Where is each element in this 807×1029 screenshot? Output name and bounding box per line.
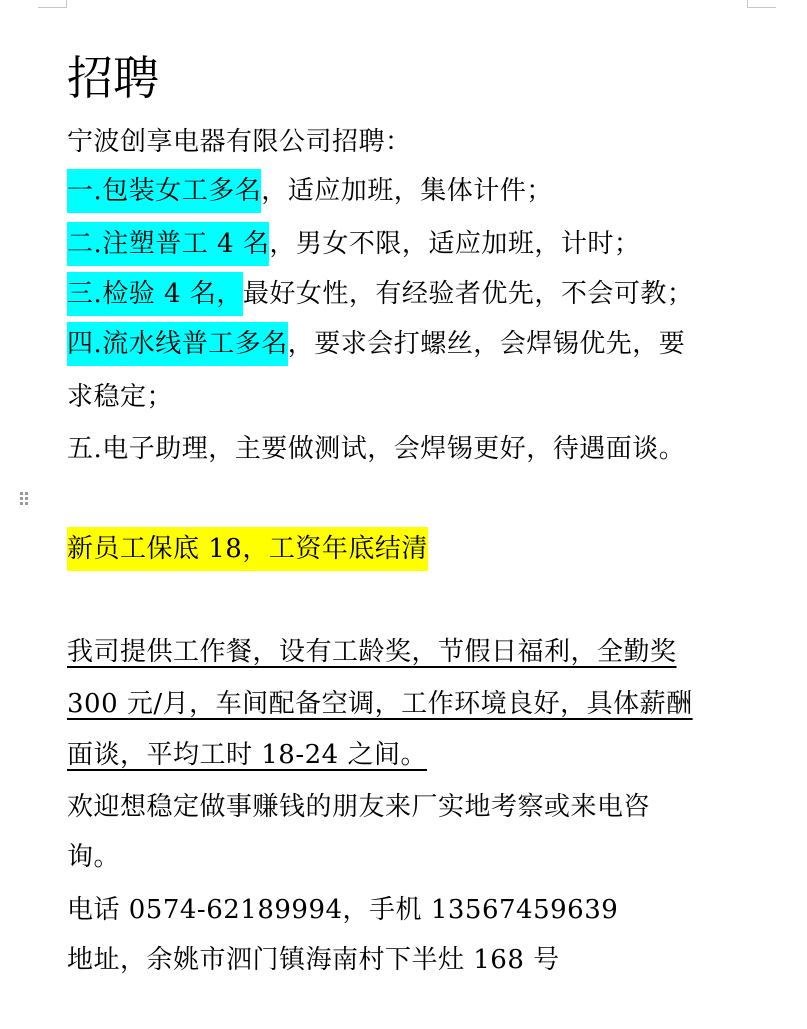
phone-line: 电话 0574-62189994，手机 13567459639 [67,888,618,932]
document-title: 招聘 [67,50,159,106]
position-2-details: ，男女不限，适应加班，计时； [269,229,640,259]
paragraph-drag-handle-icon[interactable] [20,492,28,506]
highlighted-position-1: 一.包装女工多名 [67,169,261,213]
position-line-5: 五.电子助理，主要做测试，会焊锡更好，待遇面谈。 [67,427,685,471]
address-line: 地址，余姚市泗门镇海南村下半灶 168 号 [67,938,560,982]
welcome-line-1: 欢迎想稳定做事赚钱的朋友来厂实地考察或来电咨 [67,785,650,829]
intro-line: 宁波创享电器有限公司招聘： [67,120,412,164]
position-line-3: 三.检验 4 名，最好女性，有经验者优先，不会可教； [67,272,693,316]
benefits-line-2: 300 元/月，车间配备空调，工作环境良好，具体薪酬 [67,682,693,726]
position-line-4: 四.流水线普工多名，要求会打螺丝，会焊锡优先，要 [67,322,685,366]
highlighted-position-4: 四.流水线普工多名 [67,322,288,366]
page-crop-mark-top-right [747,0,776,8]
highlighted-position-2: 二.注塑普工 4 名 [67,222,269,266]
position-line-1: 一.包装女工多名，适应加班，集体计件； [67,169,553,213]
benefits-line-3: 面谈，平均工时 18-24 之间。 [67,733,427,777]
highlighted-guarantee: 新员工保底 18，工资年底结清 [67,527,428,571]
welcome-line-2: 询。 [67,835,120,879]
position-line-4-continuation: 求稳定； [67,375,173,419]
position-4-details: ，要求会打螺丝，会焊锡优先，要 [288,329,686,359]
guarantee-line: 新员工保底 18，工资年底结清 [67,527,428,571]
page-crop-mark-top-left [38,0,67,8]
highlighted-position-3: 三.检验 4 名， [67,272,243,316]
benefits-line-1: 我司提供工作餐，设有工龄奖，节假日福利，全勤奖 [67,630,677,674]
position-line-2: 二.注塑普工 4 名，男女不限，适应加班，计时； [67,222,640,266]
position-1-details: ，适应加班，集体计件； [261,176,553,206]
position-3-details: 最好女性，有经验者优先，不会可教； [243,279,694,309]
